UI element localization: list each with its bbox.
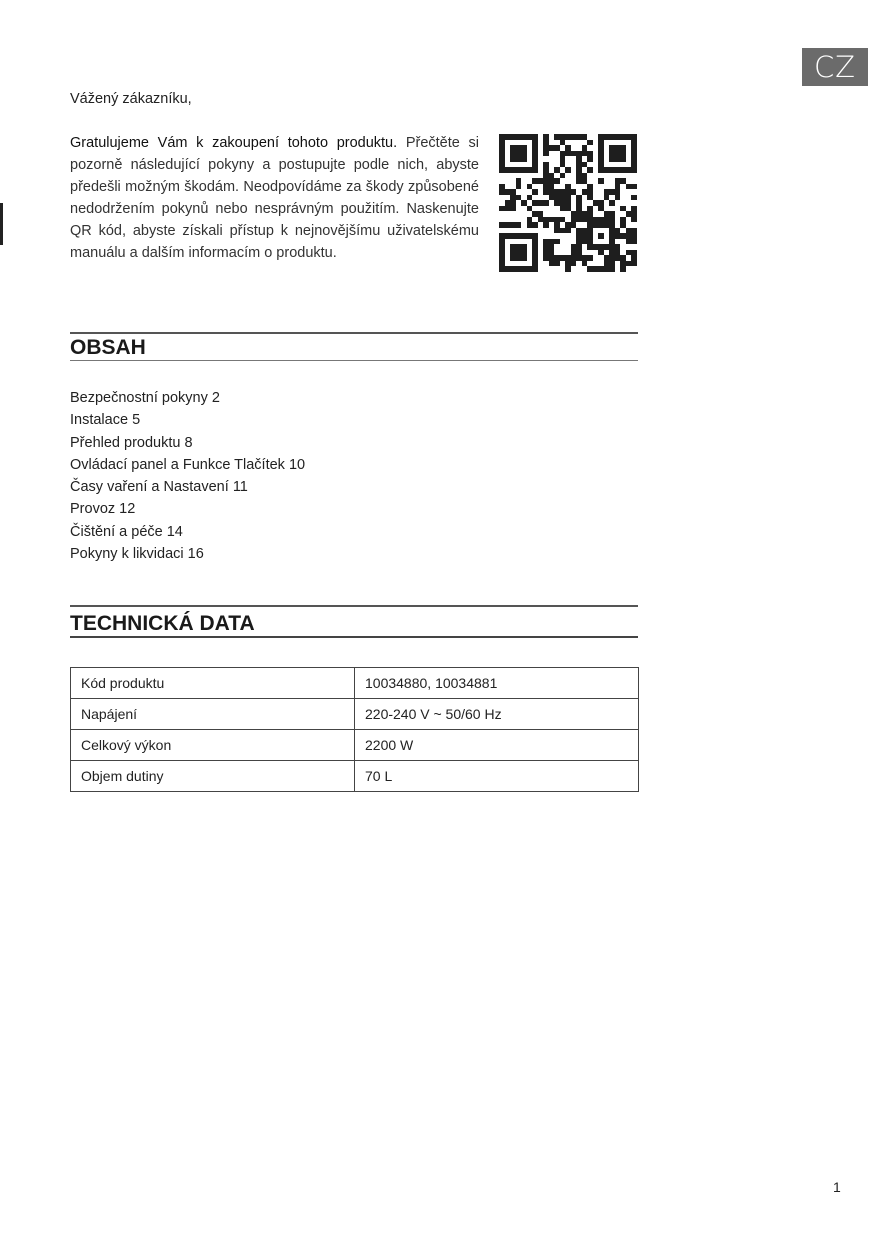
- technical-data-table: Kód produktu10034880, 10034881Napájení22…: [70, 667, 639, 792]
- spec-value: 2200 W: [355, 730, 639, 761]
- toc-item-page: 16: [188, 546, 204, 562]
- toc-item-page: 8: [184, 435, 192, 451]
- toc-item: Přehled produktu 8: [70, 432, 305, 454]
- language-badge: CZ: [802, 48, 868, 86]
- table-row: Kód produktu10034880, 10034881: [71, 668, 639, 699]
- toc-item: Bezpečnostní pokyny 2: [70, 387, 305, 409]
- table-row: Celkový výkon2200 W: [71, 730, 639, 761]
- spec-label: Objem dutiny: [71, 761, 355, 792]
- toc-item-label: Časy vaření a Nastavení: [70, 479, 229, 495]
- technical-data-heading: TECHNICKÁ DATA: [70, 605, 638, 638]
- toc-item-label: Přehled produktu: [70, 435, 180, 451]
- toc-item: Instalace 5: [70, 409, 305, 431]
- toc-item-page: 2: [212, 390, 220, 406]
- toc-item: Čištění a péče 14: [70, 521, 305, 543]
- contents-heading: OBSAH: [70, 332, 638, 361]
- toc-item-page: 12: [119, 501, 135, 517]
- toc-item-page: 11: [233, 479, 248, 495]
- toc-item-label: Pokyny k likvidaci: [70, 546, 184, 562]
- spec-value: 220-240 V ~ 50/60 Hz: [355, 699, 639, 730]
- toc-item-page: 14: [167, 524, 183, 540]
- spec-value: 10034880, 10034881: [355, 668, 639, 699]
- intro-body: Přečtěte si pozorně následující pokyny a…: [70, 135, 479, 261]
- toc-item-page: 10: [289, 457, 305, 473]
- toc-item-page: 5: [132, 412, 140, 428]
- greeting: Vážený zákazníku,: [70, 89, 192, 109]
- spec-value: 70 L: [355, 761, 639, 792]
- qr-code-icon: [499, 134, 637, 272]
- side-marker: [0, 203, 3, 245]
- toc-item-label: Bezpečnostní pokyny: [70, 390, 208, 406]
- spec-label: Celkový výkon: [71, 730, 355, 761]
- toc-item: Ovládací panel a Funkce Tlačítek 10: [70, 454, 305, 476]
- intro-lead: Gratulujeme Vám k zakoupení tohoto produ…: [70, 135, 397, 151]
- spec-label: Kód produktu: [71, 668, 355, 699]
- page-number: 1: [833, 1179, 841, 1195]
- toc-item-label: Instalace: [70, 412, 128, 428]
- toc-item-label: Čištění a péče: [70, 524, 163, 540]
- toc-item: Pokyny k likvidaci 16: [70, 543, 305, 565]
- table-row: Objem dutiny70 L: [71, 761, 639, 792]
- toc-item: Časy vaření a Nastavení 11: [70, 476, 305, 498]
- intro-paragraph: Gratulujeme Vám k zakoupení tohoto produ…: [70, 132, 479, 264]
- toc-item-label: Provoz: [70, 501, 115, 517]
- table-of-contents: Bezpečnostní pokyny 2Instalace 5Přehled …: [70, 387, 305, 565]
- toc-item: Provoz 12: [70, 498, 305, 520]
- toc-item-label: Ovládací panel a Funkce Tlačítek: [70, 457, 285, 473]
- table-row: Napájení220-240 V ~ 50/60 Hz: [71, 699, 639, 730]
- spec-label: Napájení: [71, 699, 355, 730]
